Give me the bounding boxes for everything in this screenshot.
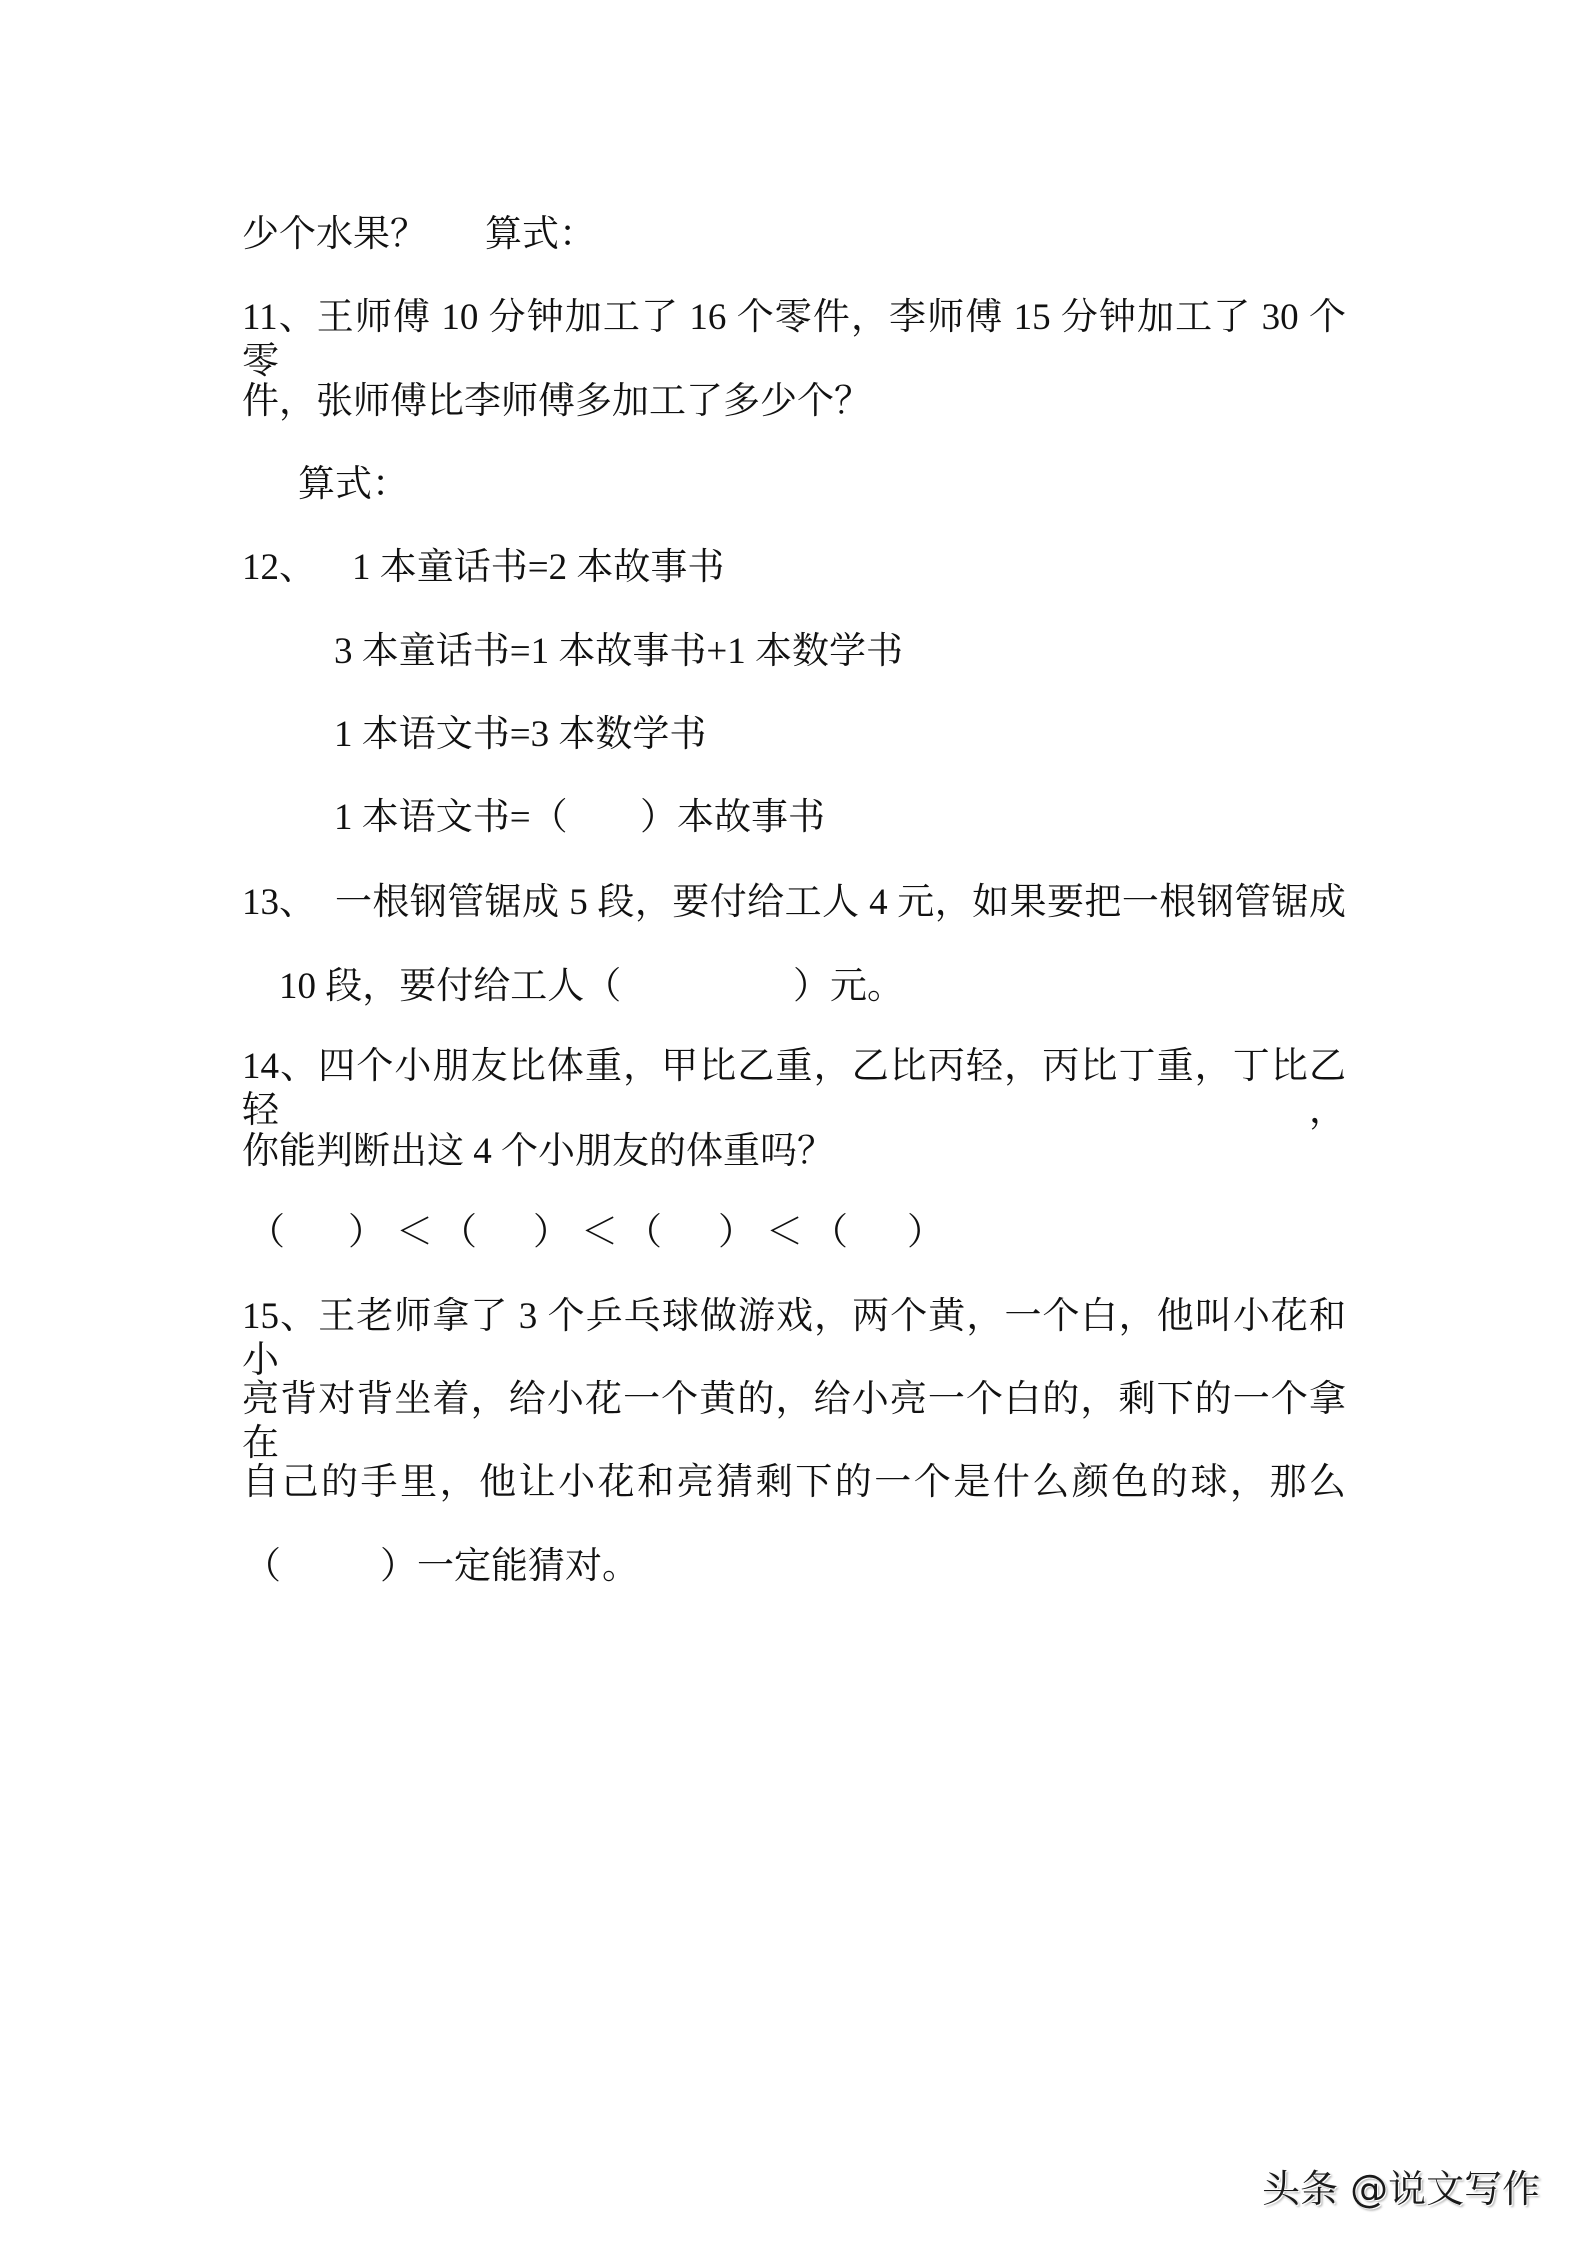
blank-4-open: （ xyxy=(811,1211,848,1255)
question-10-tail: 少个水果？ xyxy=(242,213,427,257)
question-11-formula-label: 算式： xyxy=(298,463,409,507)
question-12-equation-4-right: ）本故事书 xyxy=(640,796,825,840)
question-15-line-2: 亮背对背坐着，给小花一个黄的，给小亮一个白的，剩下的一个拿在 xyxy=(242,1378,1346,1422)
question-11-line-1: 11、王师傅 10 分钟加工了 16 个零件，李师傅 15 分钟加工了 30 个… xyxy=(242,296,1346,340)
question-12-equation-3: 1 本语文书=3 本数学书 xyxy=(334,713,706,757)
blank-1-open: （ xyxy=(248,1211,285,1255)
question-15-blank-open: （ xyxy=(244,1545,281,1589)
question-14-ordering-blanks: （ ） ＜ （ ） ＜ （ ） ＜ （ ） xyxy=(0,1211,1587,1255)
blank-1-close: ） xyxy=(348,1211,385,1255)
less-than-1: ＜ xyxy=(396,1211,433,1255)
question-12-equation-2: 3 本童话书=1 本故事书+1 本数学书 xyxy=(334,630,903,674)
formula-label: 算式： xyxy=(485,213,596,257)
question-12-number: 12、 xyxy=(242,546,316,590)
question-12-equation-4-left: 1 本语文书=（ xyxy=(334,796,568,840)
question-12-equation-1: 1 本童话书=2 本故事书 xyxy=(352,546,724,590)
question-13-line-2: 10 段，要付给工人（ xyxy=(279,965,621,1009)
question-15-line-1: 15、王老师拿了 3 个乒乓球做游戏，两个黄，一个白，他叫小花和小 xyxy=(242,1295,1346,1339)
blank-3-open: （ xyxy=(625,1211,662,1255)
question-13-answer-tail: ）元。 xyxy=(793,965,904,1009)
blank-4-close: ） xyxy=(907,1211,944,1255)
question-14-line-1: 14、四个小朋友比体重，甲比乙重，乙比丙轻，丙比丁重，丁比乙轻， xyxy=(242,1045,1346,1089)
question-11-line-2: 件，张师傅比李师傅多加工了多少个？ xyxy=(242,380,871,424)
less-than-2: ＜ xyxy=(581,1211,618,1255)
question-15-line-4: ）一定能猜对。 xyxy=(380,1545,639,1589)
watermark: 头条 @说文写作 xyxy=(1262,2166,1540,2212)
less-than-3: ＜ xyxy=(766,1211,803,1255)
question-14-line-2: 你能判断出这 4 个小朋友的体重吗？ xyxy=(242,1130,834,1174)
question-15-line-3: 自己的手里，他让小花和亮猜剩下的一个是什么颜色的球，那么 xyxy=(242,1461,1346,1505)
question-13-number: 13、 xyxy=(242,881,316,925)
question-13-line-1: 一根钢管锯成 5 段，要付给工人 4 元，如果要把一根钢管锯成 xyxy=(335,881,1346,925)
blank-2-close: ） xyxy=(533,1211,570,1255)
blank-3-close: ） xyxy=(718,1211,755,1255)
blank-2-open: （ xyxy=(440,1211,477,1255)
